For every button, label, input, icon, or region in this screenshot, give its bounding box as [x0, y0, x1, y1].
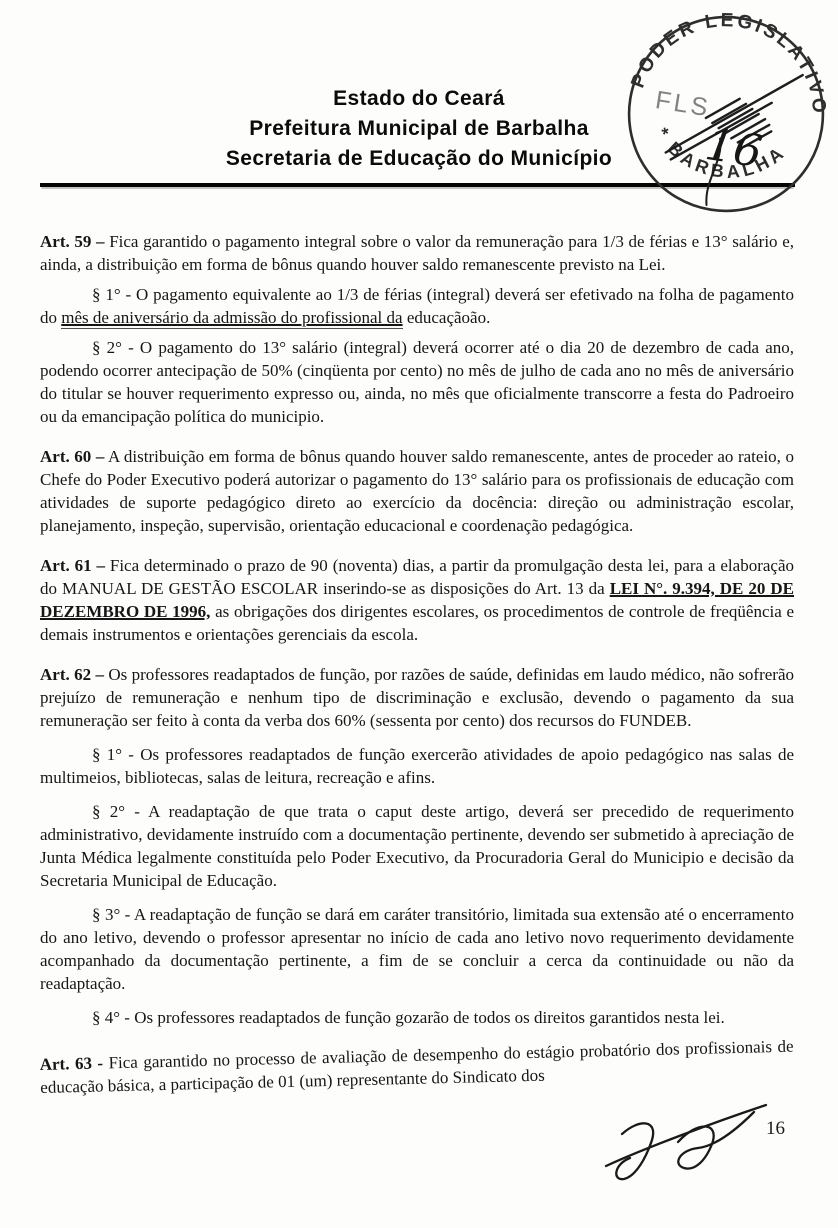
signature-initials-icon: [600, 1096, 785, 1201]
document-body: Art. 59 – Fica garantido o pagamento int…: [0, 187, 838, 1099]
legislative-seal-stamp: PODER LEGISLATIVO * BARBALHA FLS 16: [618, 8, 834, 220]
paragraph-art-63: Art. 63 - Fica garantido no processo de …: [39, 1035, 794, 1099]
art-59-s1-text-post: educaçãoão.: [403, 308, 491, 327]
article-60-text: A distribuição em forma de bônus quando …: [40, 447, 794, 535]
article-61-label: Art. 61 –: [40, 556, 105, 575]
stamp-fls-label: FLS: [653, 86, 712, 122]
paragraph-art-60: Art. 60 – A distribuição em forma de bôn…: [40, 445, 794, 537]
stamp-handwritten-folio-number: 16: [702, 119, 766, 178]
article-59-label: Art. 59 –: [40, 232, 105, 251]
paragraph-art-62: Art. 62 – Os professores readaptados de …: [40, 663, 794, 732]
article-63-label: Art. 63 -: [39, 1053, 103, 1074]
paragraph-art-62-s1: § 1° - Os professores readaptados de fun…: [40, 743, 794, 789]
article-60-label: Art. 60 –: [40, 447, 104, 466]
art-59-s1-underlined-text: mês de aniversário da admissão do profis…: [61, 308, 402, 329]
paragraph-art-59-s1: § 1° - O pagamento equivalente ao 1/3 de…: [40, 283, 794, 329]
paragraph-art-62-s3: § 3° - A readaptação de função se dará e…: [40, 903, 794, 995]
paragraph-art-62-s4: § 4° - Os professores readaptados de fun…: [40, 1006, 794, 1029]
paragraph-art-59-s2: § 2° - O pagamento do 13° salário (integ…: [40, 336, 794, 428]
art-59-s2-text: § 2° - O pagamento do 13° salário (integ…: [40, 338, 794, 426]
art-62-s3-text: § 3° - A readaptação de função se dará e…: [40, 905, 794, 993]
article-62-text: Os professores readaptados de função, po…: [40, 665, 794, 730]
document-page: PODER LEGISLATIVO * BARBALHA FLS 16 Esta…: [0, 0, 838, 1228]
paragraph-art-59: Art. 59 – Fica garantido o pagamento int…: [40, 230, 794, 276]
art-62-s2-text: § 2° - A readaptação de que trata o capu…: [40, 802, 794, 890]
paragraph-art-61: Art. 61 – Fica determinado o prazo de 90…: [40, 554, 794, 646]
page-number: 16: [766, 1118, 785, 1140]
article-59-text: Fica garantido o pagamento integral sobr…: [40, 232, 794, 274]
skewed-scan-block: Art. 63 - Fica garantido no processo de …: [39, 1035, 794, 1099]
article-62-label: Art. 62 –: [40, 665, 104, 684]
paragraph-art-62-s2: § 2° - A readaptação de que trata o capu…: [40, 800, 794, 892]
art-62-s1-text: § 1° - Os professores readaptados de fun…: [40, 745, 794, 787]
art-62-s4-text: § 4° - Os professores readaptados de fun…: [92, 1008, 725, 1027]
article-63-text: Fica garantido no processo de avaliação …: [40, 1037, 794, 1097]
